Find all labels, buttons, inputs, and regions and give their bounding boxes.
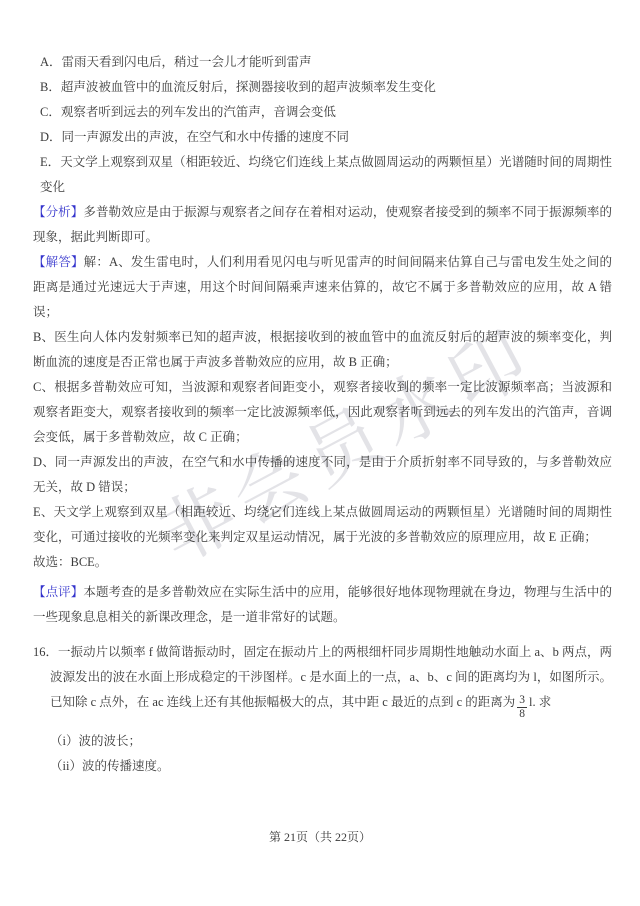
comment-tag: 【点评】 bbox=[33, 585, 83, 599]
answer-choice-line: 故选：BCE。 bbox=[33, 550, 612, 575]
question-16-text-after: l. 求 bbox=[529, 695, 551, 709]
question-16-number: 16． bbox=[33, 645, 58, 659]
answer-tag: 【解答】 bbox=[33, 255, 84, 269]
analysis-paragraph: 【分析】多普勒效应是由于振源与观察者之间存在着相对运动，使观察者接受到的频率不同… bbox=[33, 200, 612, 250]
question-16-text: 一振动片以频率 f 做简谐振动时，固定在振动片上的两根细杆同步周期性地触动水面上… bbox=[50, 645, 612, 709]
options-list: A．雷雨天看到闪电后，稍过一会儿才能听到雷声 B．超声波被血管中的血流反射后，探… bbox=[33, 50, 612, 200]
page-footer: 第 21页（共 22页） bbox=[0, 828, 640, 845]
answer-paragraph: 【解答】解：A、发生雷电时，人们利用看见闪电与听见雷声的时间间隔来估算自己与雷电… bbox=[33, 250, 612, 325]
option-b: B．超声波被血管中的血流反射后，探测器接收到的超声波频率发生变化 bbox=[33, 75, 612, 100]
fraction-denominator: 8 bbox=[517, 708, 527, 721]
answer-paragraph: B、医生向人体内发射频率已知的超声波，根据接收到的被血管中的血流反射后的超声波的… bbox=[33, 325, 612, 375]
option-d: D．同一声源发出的声波，在空气和水中传播的速度不同 bbox=[33, 125, 612, 150]
answer-paragraph: C、根据多普勒效应可知，当波源和观察者间距变小，观察者接收到的频率一定比波源频率… bbox=[33, 375, 612, 450]
answer-text: 解：A、发生雷电时，人们利用看见闪电与听见雷声的时间间隔来估算自己与雷电发生处之… bbox=[33, 255, 612, 319]
option-e: E．天文学上观察到双星（相距较近、均绕它们连线上某点做圆周运动的两颗恒星）光谱随… bbox=[33, 150, 612, 200]
fraction-three-eighths: 38 bbox=[517, 694, 527, 720]
answer-paragraph: E、天文学上观察到双星（相距较近、均绕它们连线上某点做圆周运动的两颗恒星）光谱随… bbox=[33, 500, 612, 550]
comment-text: 本题考查的是多普勒效应在实际生活中的应用，能够很好地体现物理就在身边，物理与生活… bbox=[33, 585, 612, 624]
document-page: A．雷雨天看到闪电后，稍过一会儿才能听到雷声 B．超声波被血管中的血流反射后，探… bbox=[0, 0, 640, 779]
option-a: A．雷雨天看到闪电后，稍过一会儿才能听到雷声 bbox=[33, 50, 612, 75]
analysis-tag: 【分析】 bbox=[33, 205, 83, 219]
question-16-subpart-ii: （ii）波的传播速度。 bbox=[33, 754, 612, 779]
answer-paragraph: D、同一声源发出的声波，在空气和水中传播的速度不同，是由于介质折射率不同导致的，… bbox=[33, 450, 612, 500]
comment-paragraph: 【点评】本题考查的是多普勒效应在实际生活中的应用，能够很好地体现物理就在身边，物… bbox=[33, 580, 612, 630]
answer-section: 【解答】解：A、发生雷电时，人们利用看见闪电与听见雷声的时间间隔来估算自己与雷电… bbox=[33, 250, 612, 575]
question-16: 16．一振动片以频率 f 做简谐振动时，固定在振动片上的两根细杆同步周期性地触动… bbox=[30, 640, 612, 721]
analysis-text: 多普勒效应是由于振源与观察者之间存在着相对运动，使观察者接受到的频率不同于振源频… bbox=[33, 205, 612, 244]
fraction-numerator: 3 bbox=[517, 694, 527, 708]
option-c: C．观察者听到远去的列车发出的汽笛声，音调会变低 bbox=[33, 100, 612, 125]
question-16-subpart-i: （i）波的波长； bbox=[33, 729, 612, 754]
